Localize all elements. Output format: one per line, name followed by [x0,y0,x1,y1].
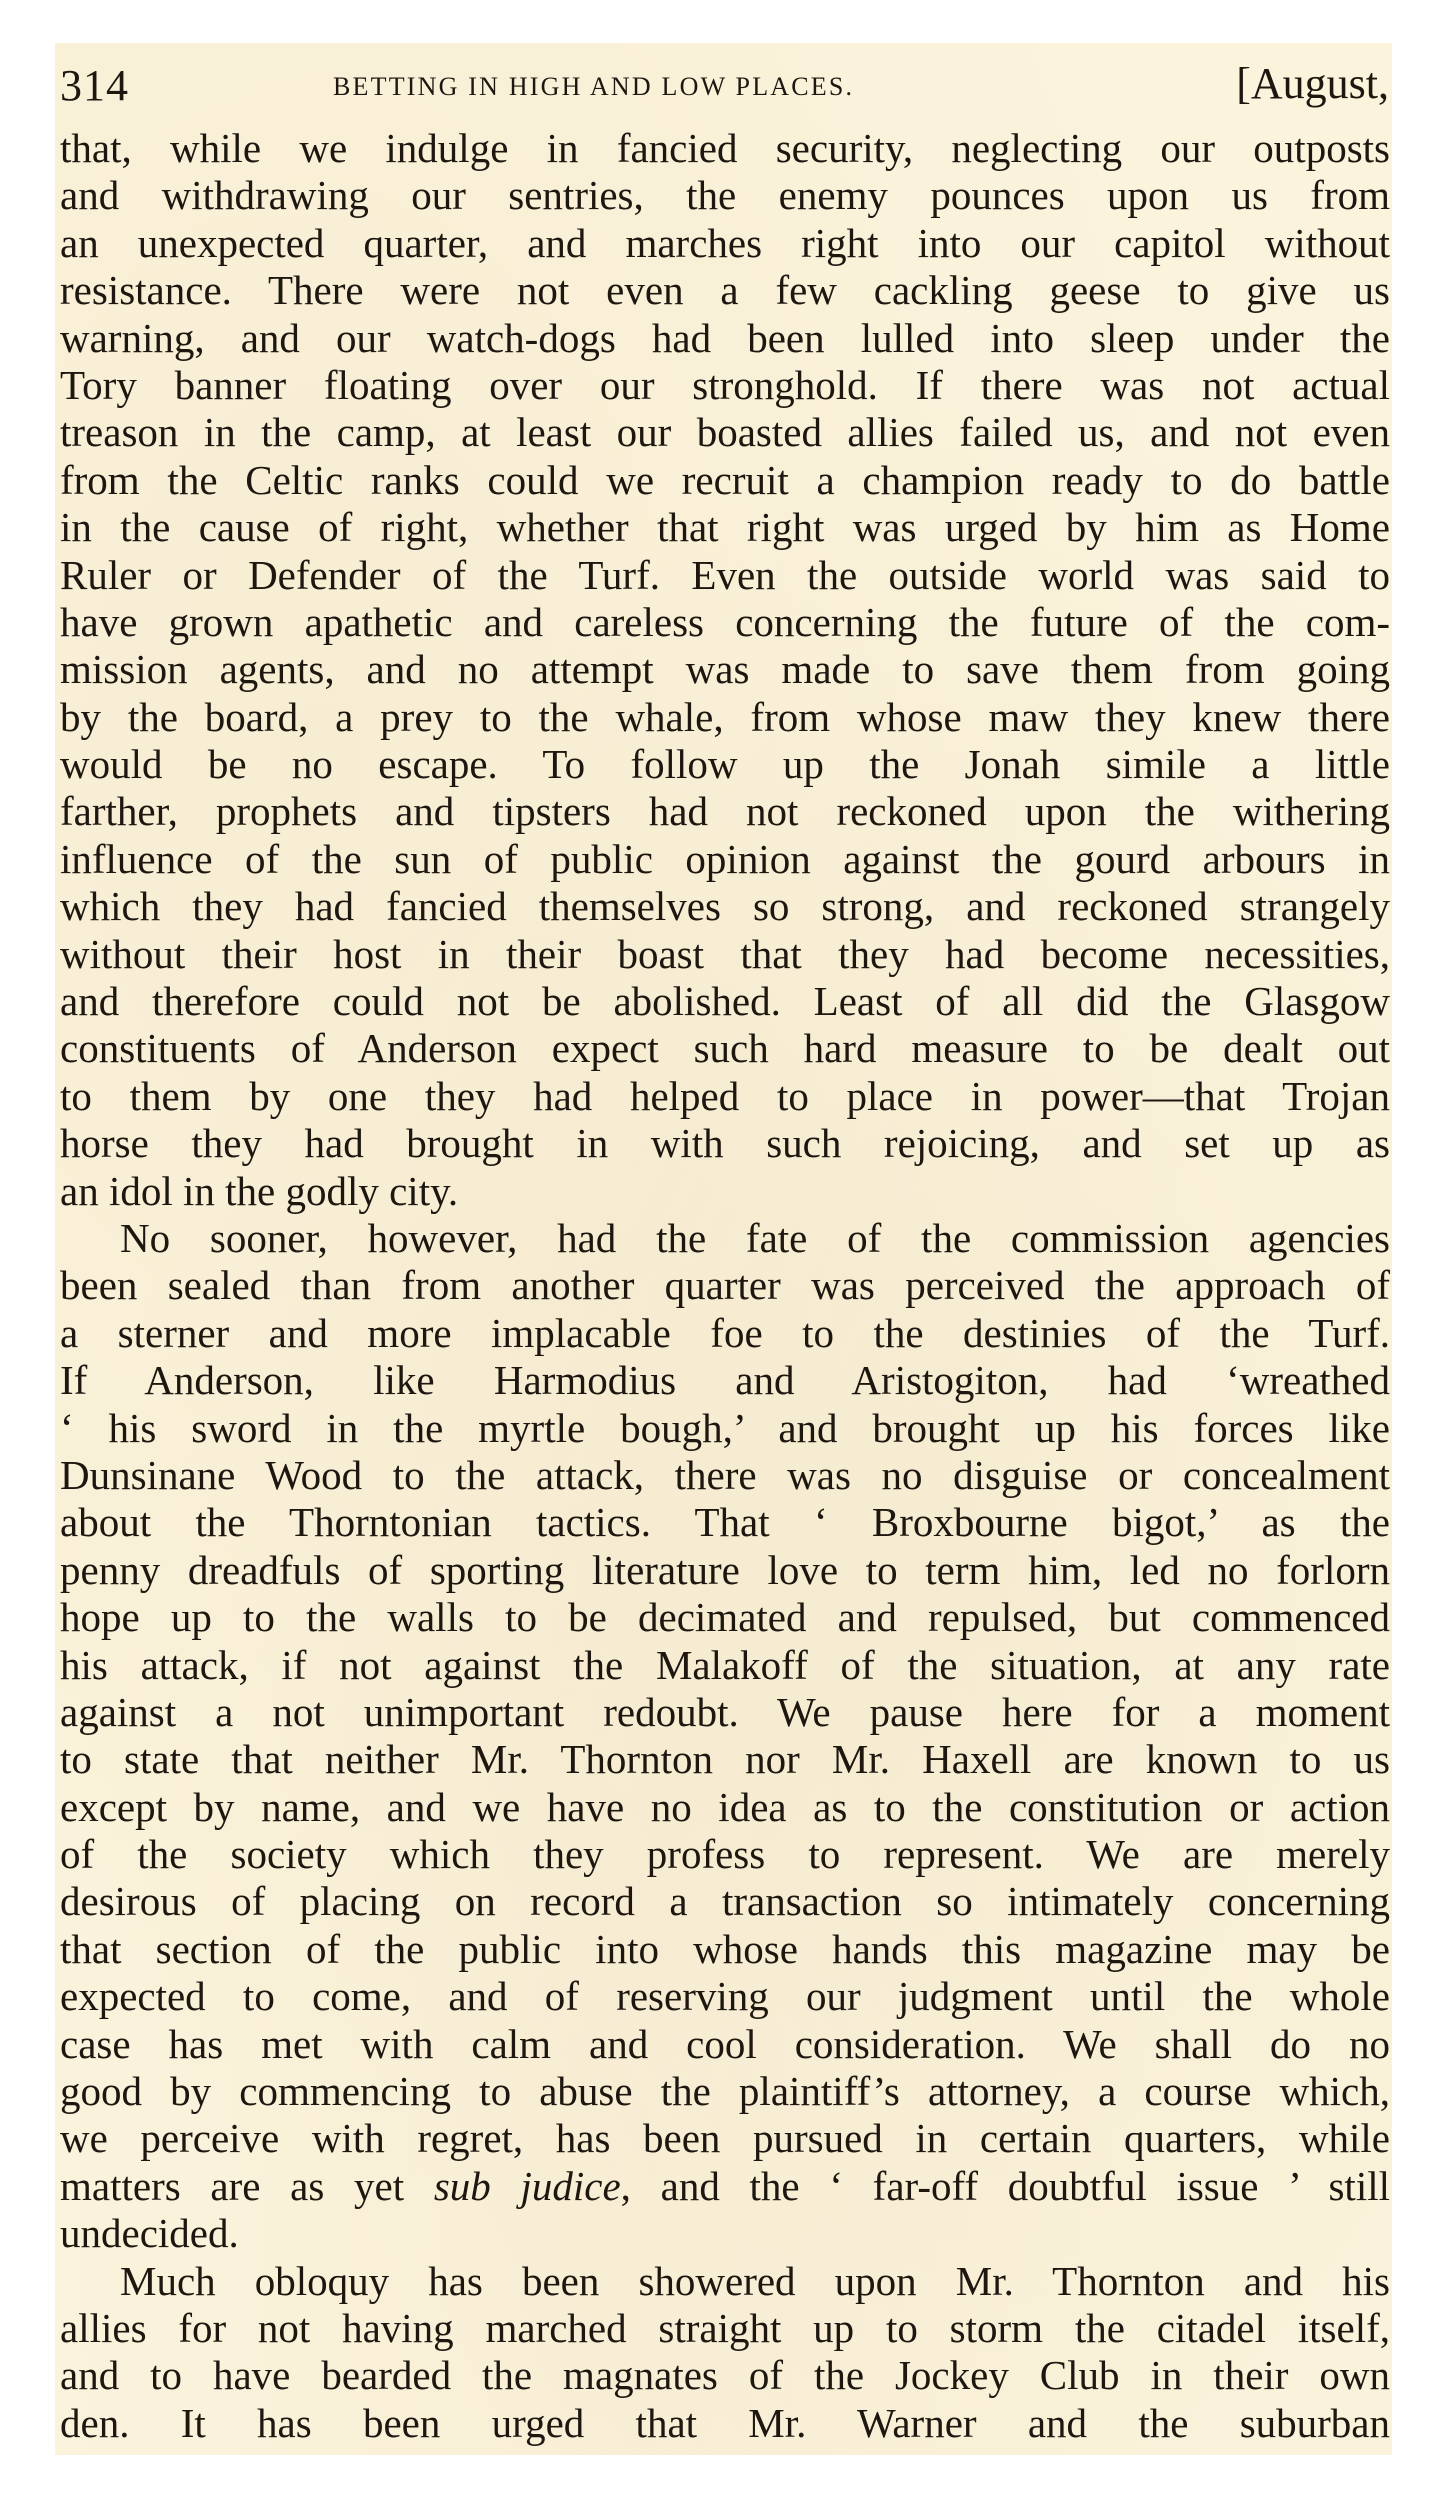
text-line: case has met with calm and cool consider… [60,2021,1390,2068]
text-line: been sealed than from another quarter wa… [60,1262,1390,1309]
text-line: a sterner and more implacable foe to the… [60,1310,1390,1357]
line-segment: , and the ‘ far-off doubtful issue ’ sti… [621,2163,1390,2209]
text-line: treason in the camp, at least our boaste… [60,409,1390,456]
text-line: undecided. [60,2210,1390,2257]
text-line: mission agents, and no attempt was made … [60,646,1390,693]
text-line: farther, prophets and tipsters had not r… [60,788,1390,835]
body-text: that, while we indulge in fancied securi… [60,125,1390,2447]
italic-phrase: sub judice [434,2163,621,2209]
text-line: Dunsinane Wood to the attack, there was … [60,1452,1390,1499]
text-line: against a not unimportant redoubt. We pa… [60,1689,1390,1736]
text-line: that section of the public into whose ha… [60,1926,1390,1973]
text-line: desirous of placing on record a transact… [60,1878,1390,1925]
text-line: that, while we indulge in fancied securi… [60,125,1390,172]
text-line: his attack, if not against the Malakoff … [60,1642,1390,1689]
text-line: ‘ his sword in the myrtle bough,’ and br… [60,1405,1390,1452]
text-line: No sooner, however, had the fate of the … [60,1215,1390,1262]
text-line: warning, and our watch-dogs had been lul… [60,315,1390,362]
running-date: [August, [1236,59,1389,109]
text-line: we perceive with regret, has been pursue… [60,2115,1390,2162]
text-line: from the Celtic ranks could we recruit a… [60,457,1390,504]
text-line: allies for not having marched straight u… [60,2305,1390,2352]
text-line: influence of the sun of public opinion a… [60,836,1390,883]
text-line: hope up to the walls to be decimated and… [60,1594,1390,1641]
text-line: except by name, and we have no idea as t… [60,1784,1390,1831]
text-line: Much obloquy has been showered upon Mr. … [60,2258,1390,2305]
text-line: by the board, a prey to the whale, from … [60,694,1390,741]
text-line: expected to come, and of reserving our j… [60,1973,1390,2020]
text-line: would be no escape. To follow up the Jon… [60,741,1390,788]
paragraph-3: Much obloquy has been showered upon Mr. … [60,2258,1390,2448]
text-line: without their host in their boast that t… [60,931,1390,978]
text-line: penny dreadfuls of sporting literature l… [60,1547,1390,1594]
book-page: 314 Betting in High and Low Places. [Aug… [55,43,1392,2455]
text-line: and therefore could not be abolished. Le… [60,978,1390,1025]
line-segment: matters are as yet [60,2163,434,2209]
text-line: and withdrawing our sentries, the enemy … [60,172,1390,219]
text-line: in the cause of right, whether that righ… [60,504,1390,551]
text-line: Ruler or Defender of the Turf. Even the … [60,552,1390,599]
running-title: Betting in High and Low Places. [333,65,854,109]
text-line: an unexpected quarter, and marches right… [60,220,1390,267]
text-line: and to have bearded the magnates of the … [60,2352,1390,2399]
text-line: of the society which they profess to rep… [60,1831,1390,1878]
paragraph-2: No sooner, however, had the fate of the … [60,1215,1390,2258]
page-number: 314 [60,61,129,111]
text-line: to them by one they had helped to place … [60,1073,1390,1120]
text-line: to state that neither Mr. Thornton nor M… [60,1736,1390,1783]
text-line: Tory banner floating over our stronghold… [60,362,1390,409]
text-line: constituents of Anderson expect such har… [60,1025,1390,1072]
paragraph-1: that, while we indulge in fancied securi… [60,125,1390,1215]
running-head: 314 Betting in High and Low Places. [Aug… [60,61,1389,111]
text-line: den. It has been urged that Mr. Warner a… [60,2400,1390,2447]
text-line: an idol in the godly city. [60,1168,1390,1215]
text-line: have grown apathetic and careless concer… [60,599,1390,646]
text-line: horse they had brought in with such rejo… [60,1120,1390,1167]
text-line: good by commencing to abuse the plaintif… [60,2068,1390,2115]
text-line-with-italic: matters are as yet sub judice, and the ‘… [60,2163,1390,2210]
text-line: resistance. There were not even a few ca… [60,267,1390,314]
text-line: which they had fancied themselves so str… [60,883,1390,930]
text-line: If Anderson, like Harmodius and Aristogi… [60,1357,1390,1404]
text-line: about the Thorntonian tactics. That ‘ Br… [60,1499,1390,1546]
